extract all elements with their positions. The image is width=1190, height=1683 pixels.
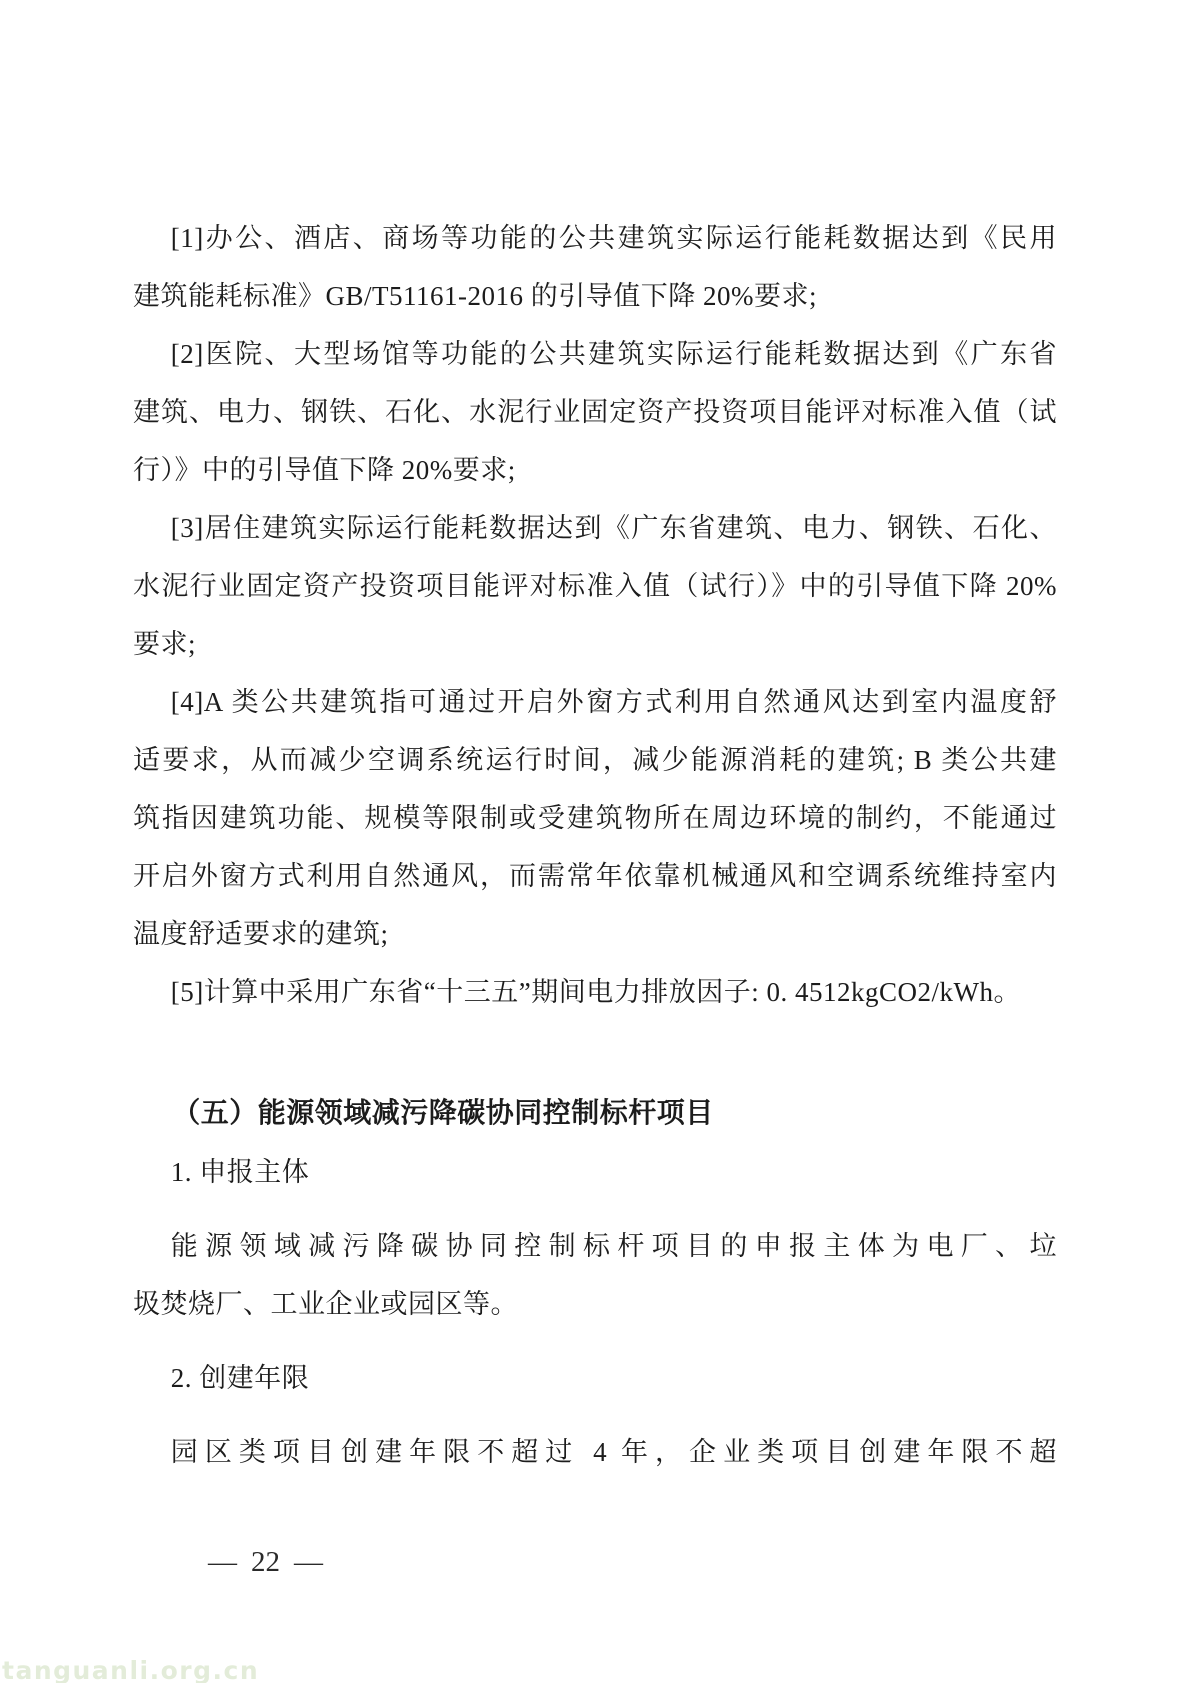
document-page: [1]办公、酒店、商场等功能的公共建筑实际运行能耗数据达到《民用建筑能耗标准》G… — [0, 0, 1190, 1683]
body-paragraph-1-line-1: 能源领域减污降碳协同控制标杆项目的申报主体为电厂、垃 — [133, 1217, 1057, 1275]
footnote-2-line-3: 行）》中的引导值下降 20%要求; — [133, 441, 1057, 499]
footnote-5-line-1: [5]计算中采用广东省“十三五”期间电力排放因子: 0. 4512kgCO2/k… — [133, 963, 1057, 1021]
footnote-3-line-1: [3]居住建筑实际运行能耗数据达到《广东省建筑、电力、钢铁、石化、 — [133, 499, 1057, 557]
body-paragraph-2-line-1: 园区类项目创建年限不超过 4 年，企业类项目创建年限不超 — [133, 1423, 1057, 1481]
footnote-4-line-5: 温度舒适要求的建筑; — [133, 905, 1057, 963]
footer-dash-right: — — [294, 1546, 323, 1579]
footnote-2-line-2: 建筑、电力、钢铁、石化、水泥行业固定资产投资项目能评对标准入值（试 — [133, 383, 1057, 441]
page-footer: — 22 — — [208, 1546, 323, 1579]
footnote-3-line-2: 水泥行业固定资产投资项目能评对标准入值（试行）》中的引导值下降 20% — [133, 557, 1057, 615]
footnote-1-line-1: [1]办公、酒店、商场等功能的公共建筑实际运行能耗数据达到《民用 — [133, 209, 1057, 267]
footnote-4-line-3: 筑指因建筑功能、规模等限制或受建筑物所在周边环境的制约，不能通过 — [133, 789, 1057, 847]
footer-dash-left: — — [208, 1546, 237, 1579]
footnote-4-line-4: 开启外窗方式利用自然通风，而需常年依靠机械通风和空调系统维持室内 — [133, 847, 1057, 905]
document-body: [1]办公、酒店、商场等功能的公共建筑实际运行能耗数据达到《民用建筑能耗标准》G… — [133, 209, 1057, 1481]
footnote-4-line-2: 适要求，从而减少空调系统运行时间，减少能源消耗的建筑; B 类公共建 — [133, 731, 1057, 789]
section-heading: （五）能源领域减污降碳协同控制标杆项目 — [133, 1085, 1057, 1143]
footnote-3-line-3: 要求; — [133, 615, 1057, 673]
body-paragraph-1-line-2: 圾焚烧厂、工业企业或园区等。 — [133, 1275, 1057, 1333]
page-number: 22 — [251, 1546, 280, 1579]
footnote-1-line-2: 建筑能耗标准》GB/T51161-2016 的引导值下降 20%要求; — [133, 267, 1057, 325]
footnote-2-line-1: [2]医院、大型场馆等功能的公共建筑实际运行能耗数据达到《广东省 — [133, 325, 1057, 383]
watermark-text: tanguanli.org.cn — [2, 1656, 259, 1683]
subsection-heading-1: 1. 申报主体 — [133, 1143, 1057, 1201]
footnote-4-line-1: [4]A 类公共建筑指可通过开启外窗方式利用自然通风达到室内温度舒 — [133, 673, 1057, 731]
subsection-heading-2: 2. 创建年限 — [133, 1349, 1057, 1407]
